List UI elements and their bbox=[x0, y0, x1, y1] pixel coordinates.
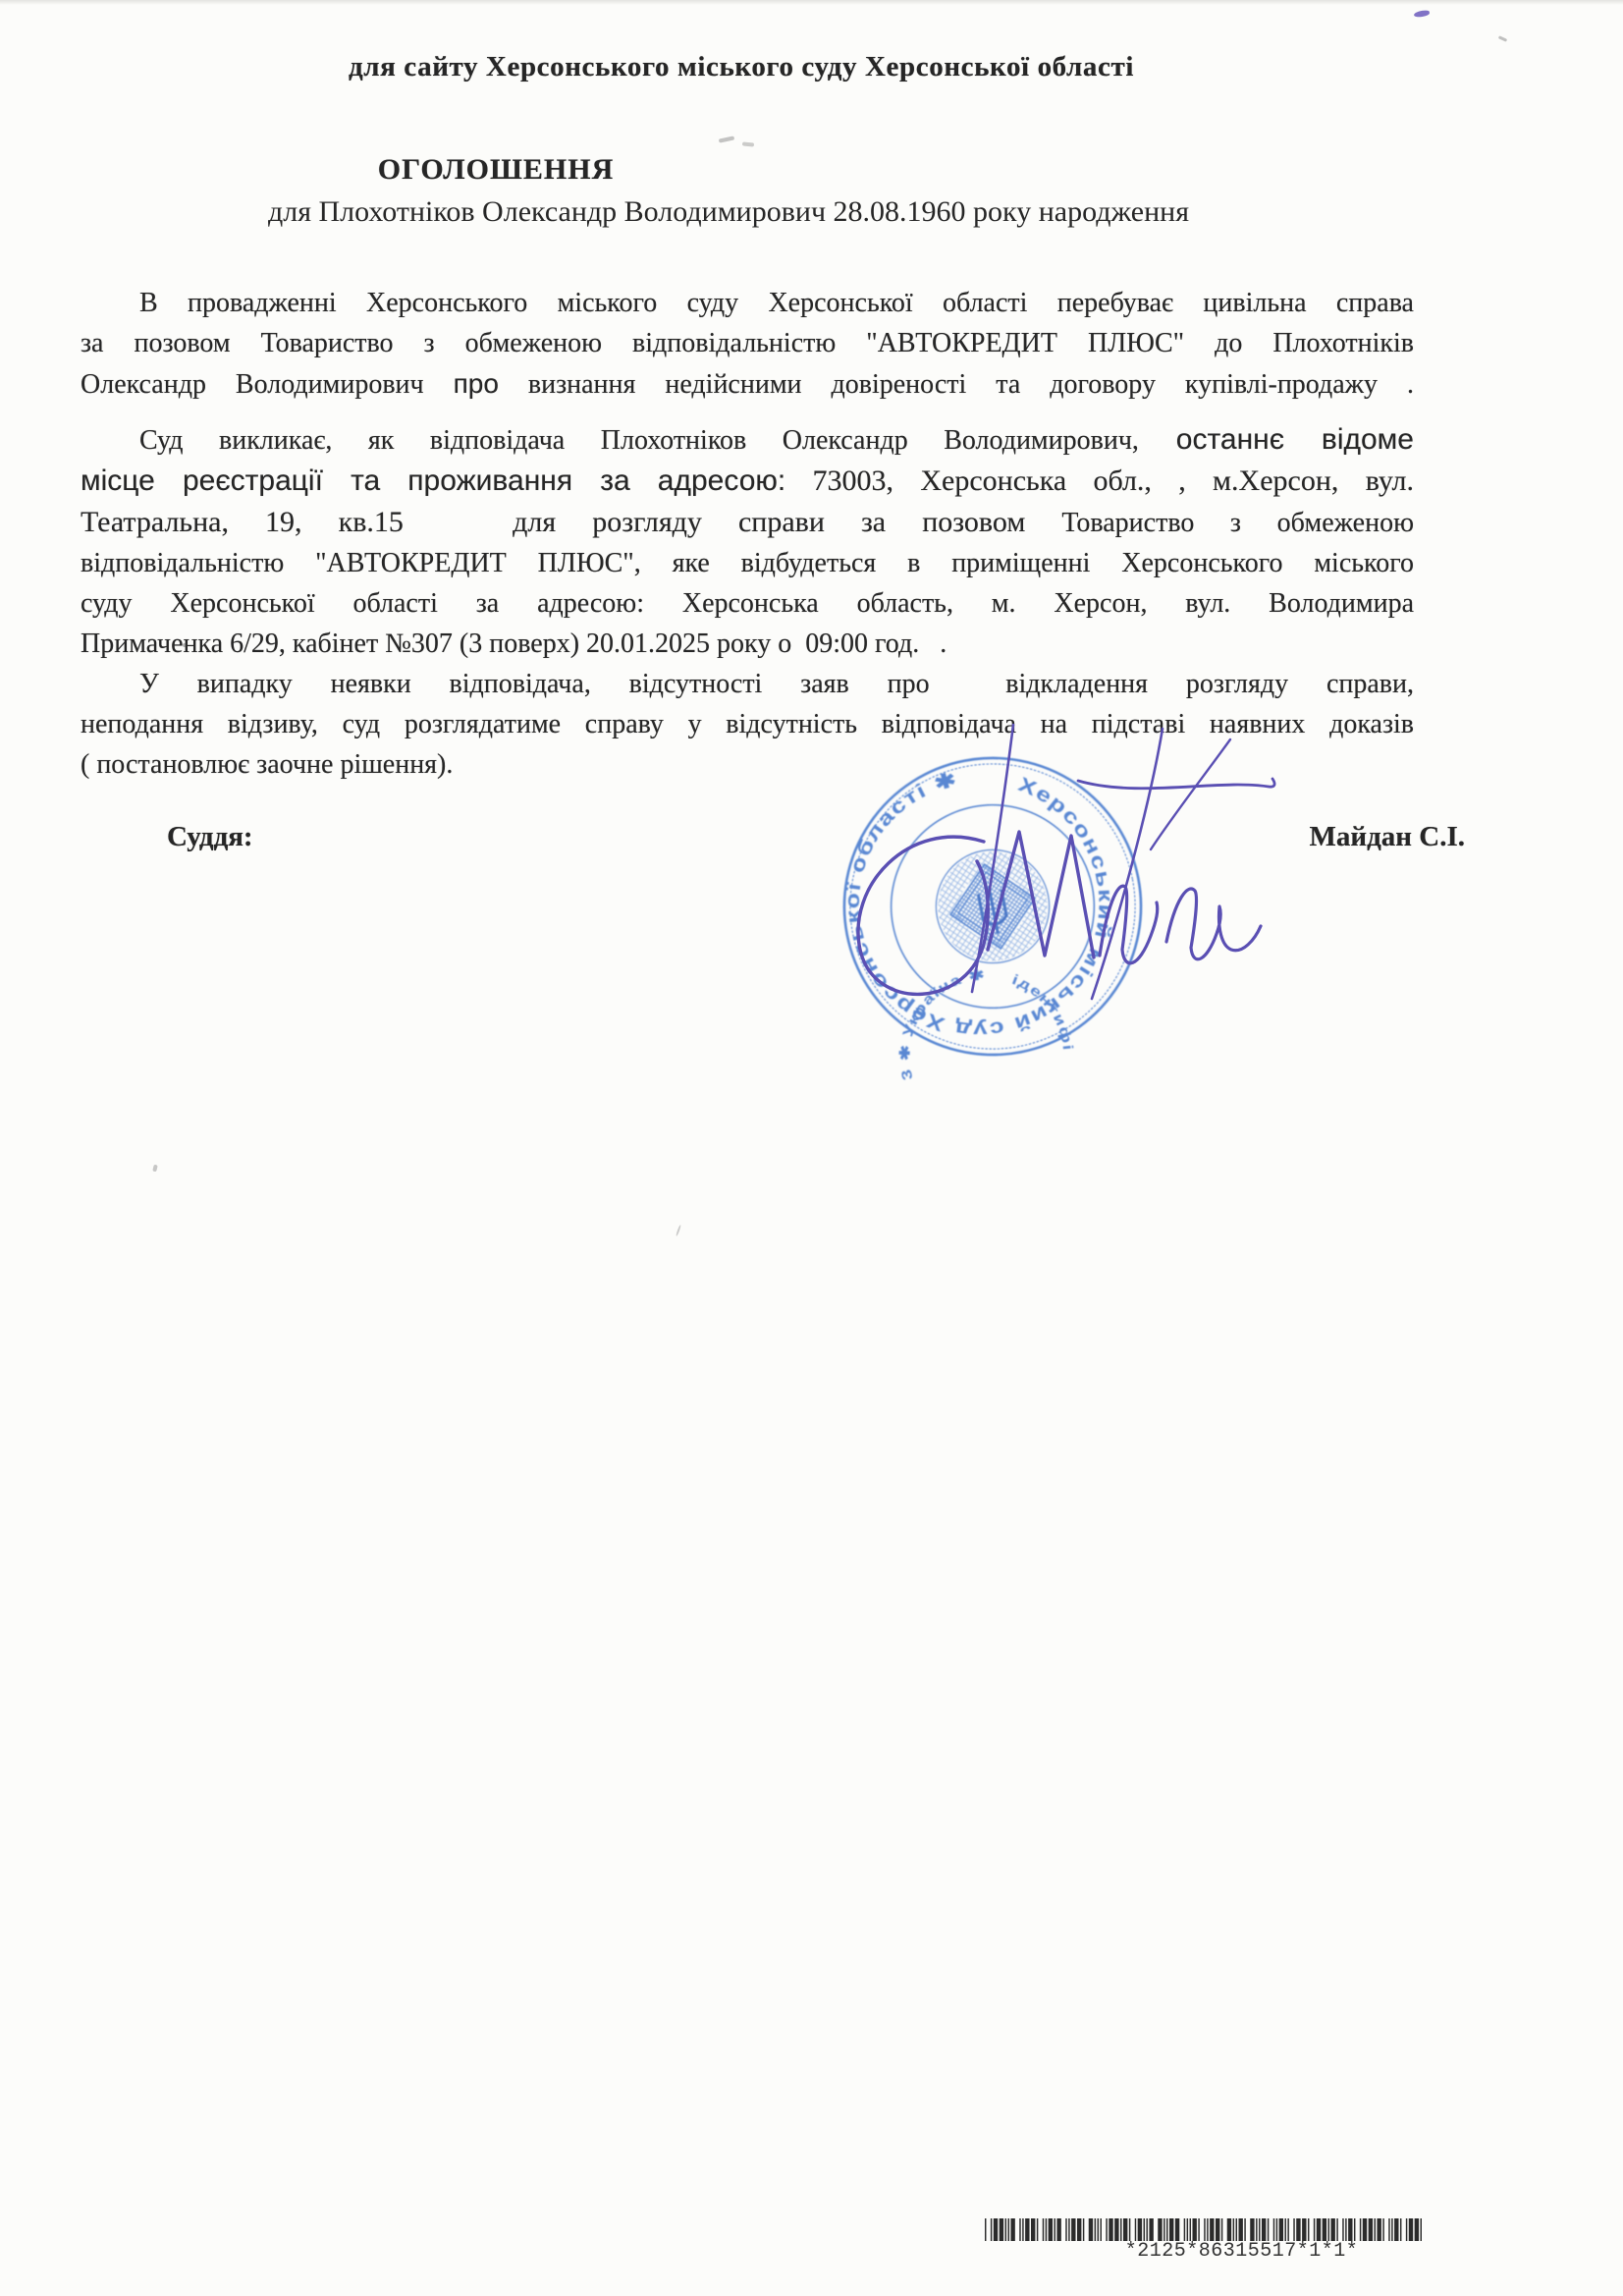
scan-speck bbox=[676, 1225, 681, 1236]
announcement-title: ОГОЛОШЕННЯ bbox=[0, 153, 992, 187]
text-segment: ( постановлює заочне рішення). bbox=[81, 749, 453, 780]
text-segment: У випадку неявки відповідача, відсутност… bbox=[139, 669, 1414, 699]
paragraph-line: Олександр Володимирович про визнання нед… bbox=[81, 363, 1414, 405]
text-segment: Примаченка 6/29, кабінет №307 (3 поверх)… bbox=[81, 629, 947, 659]
text-segment: суду Херсонської області за адресою: Хер… bbox=[81, 588, 1414, 619]
paragraph-line: Театральна, 19, кв.15 для розгляду справ… bbox=[81, 502, 1414, 543]
signature-svg bbox=[825, 702, 1296, 1036]
text-segment: відповідальністю "АВТОКРЕДИТ ПЛЮС", яке … bbox=[81, 548, 1414, 578]
text-segment: 28.08.1960 року народження bbox=[834, 195, 1189, 228]
document-header: для сайту Херсонського міського суду Хер… bbox=[0, 51, 1483, 83]
paragraph: В провадженні Херсонського міського суду… bbox=[81, 283, 1414, 405]
judge-name: Майдан С.І. bbox=[1310, 817, 1465, 857]
subject-line: для Плохотніков Олександр Володимирович … bbox=[0, 195, 1457, 229]
scan-smudge bbox=[742, 141, 754, 146]
paragraph-line: суду Херсонської області за адресою: Хер… bbox=[81, 583, 1414, 624]
scan-speck bbox=[183, 643, 187, 647]
text-segment: місце реєстрації та проживання за адресо… bbox=[81, 465, 785, 497]
paragraph-line: Примаченка 6/29, кабінет №307 (3 поверх)… bbox=[81, 624, 1414, 664]
barcode-caption: *2125*86315517*1*1* bbox=[1023, 2240, 1460, 2263]
paragraph-line: відповідальністю "АВТОКРЕДИТ ПЛЮС", яке … bbox=[81, 543, 1414, 583]
text-segment: останнє відоме bbox=[1139, 423, 1414, 456]
text-segment: Суд викликає, як відповідача Плохотніков… bbox=[139, 425, 1139, 456]
text-segment: про bbox=[454, 368, 499, 399]
scanned-document-page: для сайту Херсонського міського суду Хер… bbox=[0, 0, 1623, 2296]
paragraph-line: за позовом Товариство з обмеженою відпов… bbox=[81, 323, 1414, 363]
text-segment: Театральна, 19, кв.15 для розгляду справ… bbox=[81, 506, 1061, 538]
scanner-edge-artifact bbox=[0, 0, 1623, 5]
paragraph-line: У випадку неявки відповідача, відсутност… bbox=[81, 664, 1414, 704]
scan-smudge bbox=[719, 136, 734, 142]
paragraph-line: В провадженні Херсонського міського суду… bbox=[81, 283, 1414, 323]
paragraph-line: Суд викликає, як відповідача Плохотніков… bbox=[81, 419, 1414, 461]
text-segment: за позовом Товариство з обмеженою відпов… bbox=[81, 328, 1414, 358]
text-segment: В провадженні Херсонського міського суду… bbox=[139, 288, 1414, 318]
scan-speck bbox=[152, 1165, 158, 1173]
judge-signature bbox=[825, 702, 1296, 1036]
text-segment: визнання недійсними довіреності та догов… bbox=[499, 369, 1414, 400]
text-segment: 73003, Херсонська обл., , м.Херсон, вул. bbox=[785, 465, 1414, 497]
text-segment: Товариство з обмеженою bbox=[1061, 508, 1414, 538]
paragraph-line: місце реєстрації та проживання за адресо… bbox=[81, 461, 1414, 502]
text-segment: Олександр Володимирович bbox=[81, 369, 454, 400]
paragraph: Суд викликає, як відповідача Плохотніков… bbox=[81, 419, 1414, 664]
judge-label: Суддя: bbox=[81, 817, 253, 857]
ink-speck bbox=[1414, 10, 1431, 18]
scan-speck bbox=[1498, 35, 1507, 42]
text-segment: для Плохотніков Олександр Володимирович bbox=[268, 195, 834, 228]
barcode-bars bbox=[985, 2218, 1422, 2241]
